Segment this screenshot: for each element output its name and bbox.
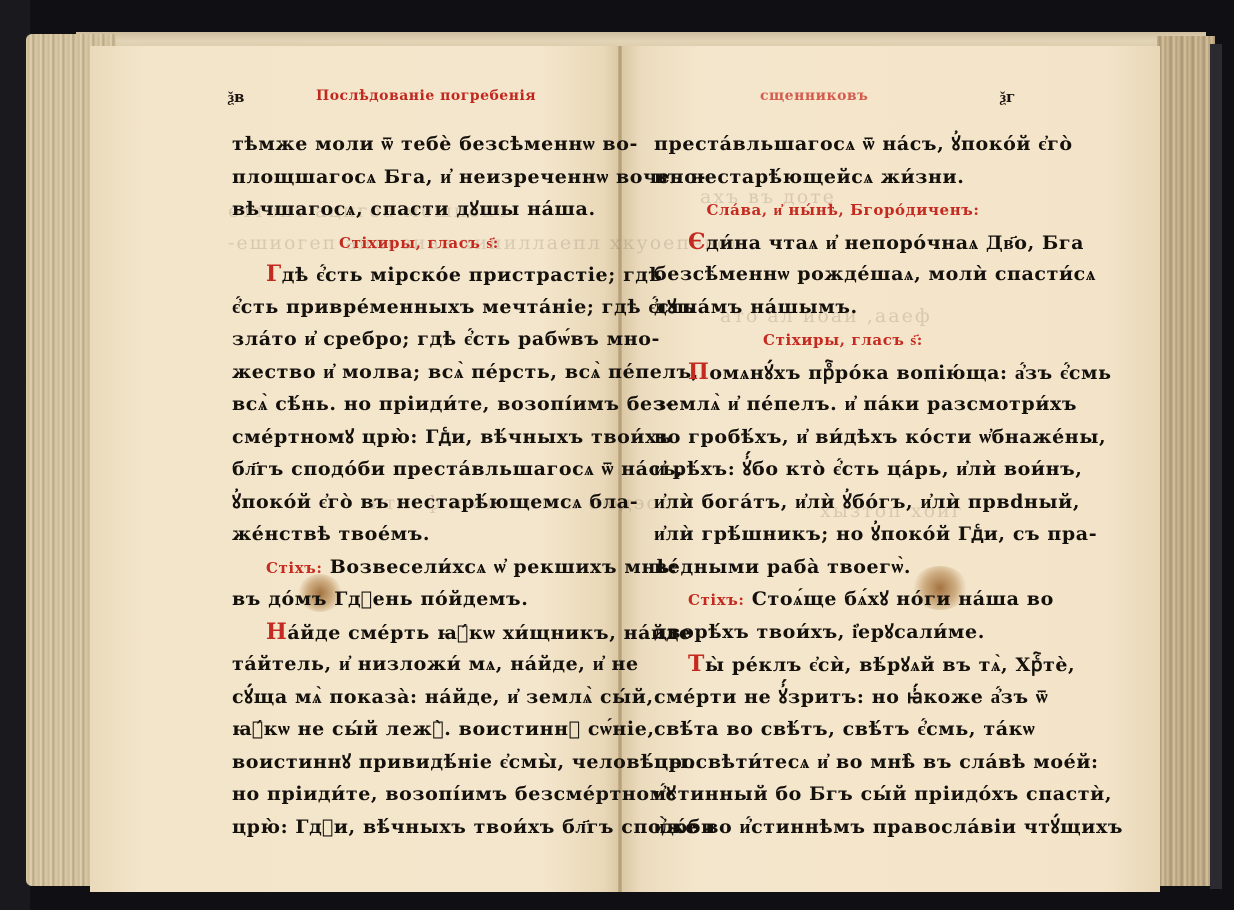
line-text: свѣ́та во свѣ́тъ, свѣ́тъ є҆́смь, та́кѡ [654, 718, 1035, 740]
text-line: во гробѣ́хъ, и҆ ви́дѣхъ ко́сти ѡ҆бнаже́н… [654, 421, 1032, 454]
text-line: же́нствѣ твое́мъ. [232, 518, 606, 551]
line-text: преста́вльшагосѧ ѿ на́съ, ꙋ҆поко́й є҆го̀ [654, 133, 1073, 155]
text-line: црю̀: Гдⷭи, вѣ́чныхъ твои́хъ бл҃гъ сподо… [232, 811, 606, 844]
line-text: Возвесели́хсѧ ѡ҆ рекшихъ мнѣ: [330, 556, 678, 578]
drop-initial: П [688, 359, 709, 385]
text-line: Стіхъ: Возвесели́хсѧ ѡ҆ рекшихъ мнѣ: [232, 551, 606, 584]
line-text: въ нестарѣ́ющейсѧ жи́зни. [654, 166, 964, 188]
text-line: ꙗ҆́кѡ не сы́й лежꙋ̀. воистиннꙋ сѡ́ніе, [232, 713, 606, 746]
line-text: ве́дными раба̀ твоегѡ̀. [654, 556, 911, 578]
line-text: но пріиди́те, возопі́имъ безсме́ртномꙋ [232, 783, 676, 805]
drop-initial: Н [266, 619, 287, 645]
line-text: и҆ рѣ́хъ: ꙋ҆́бо кто̀ є҆́сть ца́рь, и҆лѝ … [654, 458, 1083, 480]
page-edges-right [1157, 36, 1215, 886]
rubric-label: Стіхъ: [266, 559, 323, 577]
line-text: є҆́сть привре́менныхъ мечта́ніе; гдѣ є҆́… [232, 296, 695, 318]
line-text: омѧнꙋ́хъ прⷪ҇ро́ка вопію́ща: а҆́зъ є҆́см… [709, 362, 1111, 384]
text-line: воистиннꙋ привидѣ́ніе є҆смы̀, человѣ́цы. [232, 746, 606, 779]
book-cover-edge [1210, 44, 1222, 889]
rubric-heading: Сла́ва, и҆ ны́нѣ, Бгоро́диченъ: [654, 193, 1032, 226]
text-line: безсѣ́меннѡ рожде́шаѧ, молѝ спасти́сѧ [654, 258, 1032, 291]
text-line: є҆́сть привре́менныхъ мечта́ніе; гдѣ є҆́… [232, 291, 606, 324]
rubric-heading: Стіхиры, гласъ ѕ҃: [232, 226, 606, 259]
drop-initial: Є [688, 229, 706, 255]
text-line: всѧ̀ сѣ́нь. но пріиди́те, возопі́имъ без… [232, 388, 606, 421]
text-line: тѣмже моли ѿ тебѐ безсѣменнѡ во- [232, 128, 606, 161]
rubric-label: Стіхиры, гласъ ѕ҃: [763, 331, 923, 349]
text-line: площшагосѧ Бга, и҆ неизреченнѡ вочело- [232, 161, 606, 194]
line-text: жество и҆ молва; всѧ̀ пе́рсть, всѧ̀ пе́п… [232, 361, 699, 383]
line-text: дꙋша́мъ на́шымъ. [654, 296, 858, 318]
text-line: Помѧнꙋ́хъ прⷪ҇ро́ка вопію́ща: а҆́зъ є҆́с… [654, 356, 1032, 389]
text-line: дворѣ́хъ твои́хъ, і҆ерꙋсали́ме. [654, 616, 1032, 649]
line-text: та́йтель, и҆ низложи́ мѧ, на́йде, и҆ не [232, 653, 639, 675]
text-line: сꙋ́ща мѧ̀ показа̀: на́йде, и҆ землѧ̀ сы́… [232, 681, 606, 714]
text-line: дꙋша́мъ на́шымъ. [654, 291, 1032, 324]
line-text: и҆̀же во и҆́стиннѣмъ правосла́віи чтꙋ́щи… [654, 816, 1123, 838]
text-line: и҆лѝ грѣ́шникъ; но ꙋ҆поко́й Гдⷭи, съ пра… [654, 518, 1032, 551]
line-text: ꙗ҆́кѡ не сы́й лежꙋ̀. воистиннꙋ сѡ́ніе, [232, 718, 655, 740]
text-line: Гдѣ є҆́сть мірско́е пристрастіе; гдѣ [232, 258, 606, 291]
text-line: зла́то и҆ сребро; гдѣ є҆́сть рабѡ́въ мно… [232, 323, 606, 356]
line-text: землѧ̀ и҆ пе́пелъ. и҆ па́ки разсмотри́хъ [654, 393, 1077, 415]
text-line: Стіхъ: Стоѧ́ще бѧ́хꙋ но́ги на́ша во [654, 583, 1032, 616]
text-line: та́йтель, и҆ низложи́ мѧ, на́йде, и҆ не [232, 648, 606, 681]
line-text: площшагосѧ Бга, и҆ неизреченнѡ вочело- [232, 166, 706, 188]
line-text: безсѣ́меннѡ рожде́шаѧ, молѝ спасти́сѧ [654, 263, 1096, 285]
right-page-header: сщенниковъ ѯг [760, 88, 1040, 104]
text-line: и҆́стинный бо Бгъ сы́й пріидо́хъ спастѝ, [654, 778, 1032, 811]
text-line: просвѣти́тесѧ и҆ во мнѣ̀ въ сла́вѣ мое́й… [654, 746, 1032, 779]
rubric-label: Сла́ва, и҆ ны́нѣ, Бгоро́диченъ: [706, 201, 979, 219]
text-line: въ нестарѣ́ющейсѧ жи́зни. [654, 161, 1032, 194]
running-title: сщенниковъ [760, 88, 868, 104]
line-text: ы̀ ре́клъ є҆сѝ, вѣ́рꙋѧй въ тѧ̀, Хрⷭ҇тѐ, [705, 654, 1075, 676]
line-text: воистиннꙋ привидѣ́ніе є҆смы̀, человѣ́цы. [232, 751, 696, 773]
line-text: дѣ є҆́сть мірско́е пристрастіе; гдѣ [282, 264, 663, 286]
line-text: дворѣ́хъ твои́хъ, і҆ерꙋсали́ме. [654, 621, 985, 643]
line-text: и҆лѝ бога́тъ, и҆лѝ ꙋ҆бо́гъ, и҆лѝ првdный… [654, 491, 1080, 513]
line-text: вѣчшагосѧ, спасти дꙋшы на́ша. [232, 198, 596, 220]
line-text: въ до́мъ Гдⷭень по́йдемъ. [232, 588, 528, 610]
photo-scene: -ешиогеп аилезиав хиниллаепл хкуоепевоп … [0, 0, 1234, 910]
line-text: всѧ̀ сѣ́нь. но пріиди́те, возопі́имъ без… [232, 393, 674, 415]
text-line: Ты̀ ре́клъ є҆сѝ, вѣ́рꙋѧй въ тѧ̀, Хрⷭ҇тѐ, [654, 648, 1032, 681]
running-title: Послѣдованіе погребенія [316, 88, 536, 104]
rubric-heading: Стіхиры, гласъ ѕ҃: [654, 323, 1032, 356]
text-line: На́йде сме́рть ꙗ҆́кѡ хи́щникъ, на́йде [232, 616, 606, 649]
left-page-text: тѣмже моли ѿ тебѐ безсѣменнѡ во-площшаго… [232, 128, 606, 843]
text-line: но пріиди́те, возопі́имъ безсме́ртномꙋ [232, 778, 606, 811]
line-text: во гробѣ́хъ, и҆ ви́дѣхъ ко́сти ѡ҆бнаже́н… [654, 426, 1106, 448]
text-line: и҆̀же во и҆́стиннѣмъ правосла́віи чтꙋ́щи… [654, 811, 1032, 844]
line-text: сꙋ́ща мѧ̀ показа̀: на́йде, и҆ землѧ̀ сы́… [232, 686, 654, 708]
rubric-label: Стіхиры, гласъ ѕ҃: [339, 234, 499, 252]
text-line: свѣ́та во свѣ́тъ, свѣ́тъ є҆́смь, та́кѡ [654, 713, 1032, 746]
line-text: а́йде сме́рть ꙗ҆́кѡ хи́щникъ, на́йде [287, 622, 691, 644]
line-text: ди́на чтаѧ и҆ непоро́чнаѧ Дв҃о, Бга [706, 232, 1084, 254]
left-page-header: ѯв Послѣдованіе погребенія [228, 88, 598, 107]
text-line: землѧ̀ и҆ пе́пелъ. и҆ па́ки разсмотри́хъ [654, 388, 1032, 421]
text-line: въ до́мъ Гдⷭень по́йдемъ. [232, 583, 606, 616]
text-line: ве́дными раба̀ твоегѡ̀. [654, 551, 1032, 584]
line-text: Стоѧ́ще бѧ́хꙋ но́ги на́ша во [752, 588, 1054, 610]
line-text: ꙋ҆поко́й є҆го̀ въ нестарѣ́ющемсѧ бла- [232, 491, 638, 513]
text-line: сме́ртномꙋ црю̀: Гдⷭи, вѣ́чныхъ твои́хъ [232, 421, 606, 454]
line-text: црю̀: Гдⷭи, вѣ́чныхъ твои́хъ бл҃гъ сподо… [232, 816, 716, 838]
line-text: сме́ртномꙋ црю̀: Гдⷭи, вѣ́чныхъ твои́хъ [232, 426, 672, 448]
text-line: ꙋ҆поко́й є҆го̀ въ нестарѣ́ющемсѧ бла- [232, 486, 606, 519]
drop-initial: Г [266, 261, 282, 287]
rubric-label: Стіхъ: [688, 591, 745, 609]
drop-initial: Т [688, 651, 705, 677]
line-text: бл҃гъ сподо́би преста́вльшагосѧ ѿ на́съ, [232, 458, 683, 480]
line-text: просвѣти́тесѧ и҆ во мнѣ̀ въ сла́вѣ мое́й… [654, 751, 1099, 773]
text-line: жество и҆ молва; всѧ̀ пе́рсть, всѧ̀ пе́п… [232, 356, 606, 389]
text-line: Єди́на чтаѧ и҆ непоро́чнаѧ Дв҃о, Бга [654, 226, 1032, 259]
page-number: ѯг [1000, 88, 1015, 107]
line-text: и҆́стинный бо Бгъ сы́й пріидо́хъ спастѝ, [654, 783, 1112, 805]
text-line: сме́рти не ꙋ҆́зритъ: но ꙗ҆́коже а҆́зъ ѿ [654, 681, 1032, 714]
line-text: тѣмже моли ѿ тебѐ безсѣменнѡ во- [232, 133, 638, 155]
text-line: преста́вльшагосѧ ѿ на́съ, ꙋ҆поко́й є҆го̀ [654, 128, 1032, 161]
right-page-text: преста́вльшагосѧ ѿ на́съ, ꙋ҆поко́й є҆го̀… [654, 128, 1032, 843]
line-text: зла́то и҆ сребро; гдѣ є҆́сть рабѡ́въ мно… [232, 328, 660, 350]
page-number: ѯв [228, 88, 244, 106]
line-text: же́нствѣ твое́мъ. [232, 523, 430, 545]
text-line: бл҃гъ сподо́би преста́вльшагосѧ ѿ на́съ, [232, 453, 606, 486]
text-line: и҆ рѣ́хъ: ꙋ҆́бо кто̀ є҆́сть ца́рь, и҆лѝ … [654, 453, 1032, 486]
line-text: сме́рти не ꙋ҆́зритъ: но ꙗ҆́коже а҆́зъ ѿ [654, 686, 1048, 708]
text-line: и҆лѝ бога́тъ, и҆лѝ ꙋ҆бо́гъ, и҆лѝ првdный… [654, 486, 1032, 519]
line-text: и҆лѝ грѣ́шникъ; но ꙋ҆поко́й Гдⷭи, съ пра… [654, 523, 1097, 545]
text-line: вѣчшагосѧ, спасти дꙋшы на́ша. [232, 193, 606, 226]
